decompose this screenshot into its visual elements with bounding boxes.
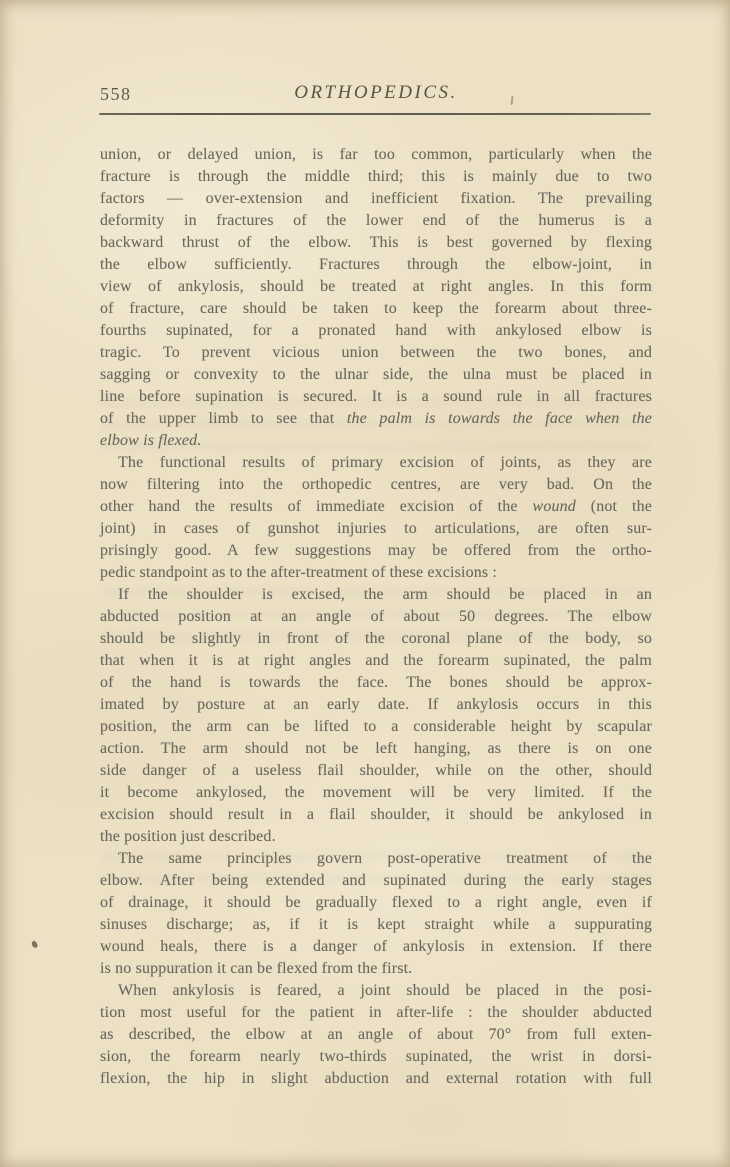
text-line: is no suppuration it can be flexed from … [100, 958, 652, 980]
text-line: view of ankylosis, should be treated at … [100, 276, 652, 298]
paragraph: When ankylosis is feared, a joint should… [100, 980, 652, 1090]
text-line: pedic standpoint as to the after-treatme… [100, 562, 652, 584]
text-line: should be slightly in front of the coron… [100, 628, 652, 650]
text-line: The functional results of primary excisi… [100, 452, 652, 474]
text-line: it become ankylosed, the movement will b… [100, 782, 652, 804]
text-line: the position just described. [100, 826, 652, 848]
page-body: union, or delayed union, is far too comm… [100, 144, 652, 1090]
text-line: factors — over-extension and inefficient… [100, 188, 652, 210]
text-line: the elbow sufficiently. Fractures throug… [100, 254, 652, 276]
text-line: elbow. After being extended and supinate… [100, 870, 652, 892]
paragraph: union, or delayed union, is far too comm… [100, 144, 652, 452]
text-line: action. The arm should not be left hangi… [100, 738, 652, 760]
text-line: other hand the results of immediate exci… [100, 496, 652, 518]
text-line: backward thrust of the elbow. This is be… [100, 232, 652, 254]
text-line: joint) in cases of gunshot injuries to a… [100, 518, 652, 540]
text-line: as described, the elbow at an angle of a… [100, 1024, 652, 1046]
text-line: prisingly good. A few suggestions may be… [100, 540, 652, 562]
text-line: of fracture, care should be taken to kee… [100, 298, 652, 320]
text-line: excision should result in a flail should… [100, 804, 652, 826]
text-line: flexion, the hip in slight abduction and… [100, 1068, 652, 1090]
text-line: side danger of a useless flail shoulder,… [100, 760, 652, 782]
text-line: deformity in fractures of the lower end … [100, 210, 652, 232]
text-line: sinuses discharge; as, if it is kept str… [100, 914, 652, 936]
text-line: tion most useful for the patient in afte… [100, 1002, 652, 1024]
text-line: If the shoulder is excised, the arm shou… [100, 584, 652, 606]
text-line: of the hand is towards the face. The bon… [100, 672, 652, 694]
text-line: tragic. To prevent vicious union between… [100, 342, 652, 364]
paragraph: If the shoulder is excised, the arm shou… [100, 584, 652, 848]
text-line: union, or delayed union, is far too comm… [100, 144, 652, 166]
text-line: sagging or convexity to the ulnar side, … [100, 364, 652, 386]
text-line: sion, the forearm nearly two-thirds supi… [100, 1046, 652, 1068]
text-line: line before supination is secured. It is… [100, 386, 652, 408]
text-line: now filtering into the orthopedic centre… [100, 474, 652, 496]
text-line: fourths supinated, for a pronated hand w… [100, 320, 652, 342]
running-header-title: ORTHOPEDICS. [100, 82, 652, 104]
text-line: The same principles govern post-operativ… [100, 848, 652, 870]
text-line: fracture is through the middle third; th… [100, 166, 652, 188]
header-rule [99, 113, 651, 115]
text-line: abducted position at an angle of about 5… [100, 606, 652, 628]
paragraph: The functional results of primary excisi… [100, 452, 652, 584]
text-line: wound heals, there is a danger of ankylo… [100, 936, 652, 958]
text-line: of the upper limb to see that the palm i… [100, 408, 652, 430]
ink-speck [30, 940, 38, 949]
text-line: position, the arm can be lifted to a con… [100, 716, 652, 738]
book-page: 558 ORTHOPEDICS. union, or delayed union… [0, 0, 730, 1167]
text-line: elbow is flexed. [100, 430, 652, 452]
paragraph: The same principles govern post-operativ… [100, 848, 652, 980]
text-line: imated by posture at an early date. If a… [100, 694, 652, 716]
text-line: When ankylosis is feared, a joint should… [100, 980, 652, 1002]
text-line: of drainage, it should be gradually flex… [100, 892, 652, 914]
text-line: that when it is at right angles and the … [100, 650, 652, 672]
